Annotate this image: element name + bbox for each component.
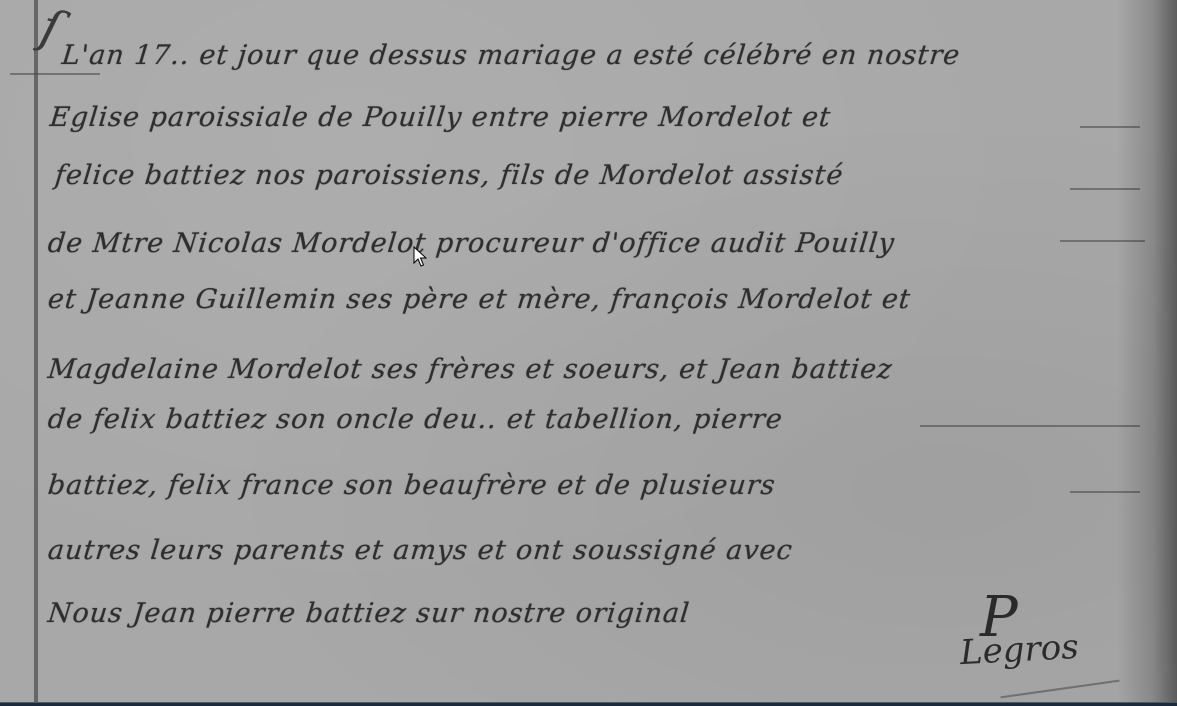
manuscript-line-9: autres leurs parents et amys et ont sous… xyxy=(46,535,794,566)
signature: Legros xyxy=(959,627,1080,673)
manuscript-line-4: de Mtre Nicolas Mordelot procureur d'off… xyxy=(46,228,896,259)
ruled-stroke xyxy=(10,73,100,75)
ruled-stroke xyxy=(920,425,1140,427)
manuscript-line-6: Magdelaine Mordelot ses frères et soeurs… xyxy=(46,354,894,385)
viewer-bottom-frame xyxy=(0,702,1177,706)
manuscript-line-10: Nous Jean pierre battiez sur nostre orig… xyxy=(46,598,691,629)
document-viewer[interactable]: ſ L'an 17.. et jour que dessus mariage a… xyxy=(0,0,1177,702)
manuscript-line-3: felice battiez nos paroissiens, fils de … xyxy=(53,160,845,191)
page-edge-shadow xyxy=(1117,0,1177,702)
signature-underline xyxy=(1000,680,1119,699)
manuscript-line-8: battiez, felix france son beaufrère et d… xyxy=(46,470,777,501)
manuscript-line-2: Eglise paroissiale de Pouilly entre pier… xyxy=(48,102,832,133)
margin-rule xyxy=(34,0,38,702)
mouse-cursor-icon xyxy=(413,246,427,268)
manuscript-line-1: L'an 17.. et jour que dessus mariage a e… xyxy=(60,40,962,71)
manuscript-line-5: et Jeanne Guillemin ses père et mère, fr… xyxy=(46,284,912,315)
manuscript-line-7: de felix battiez son oncle deu.. et tabe… xyxy=(46,404,784,435)
